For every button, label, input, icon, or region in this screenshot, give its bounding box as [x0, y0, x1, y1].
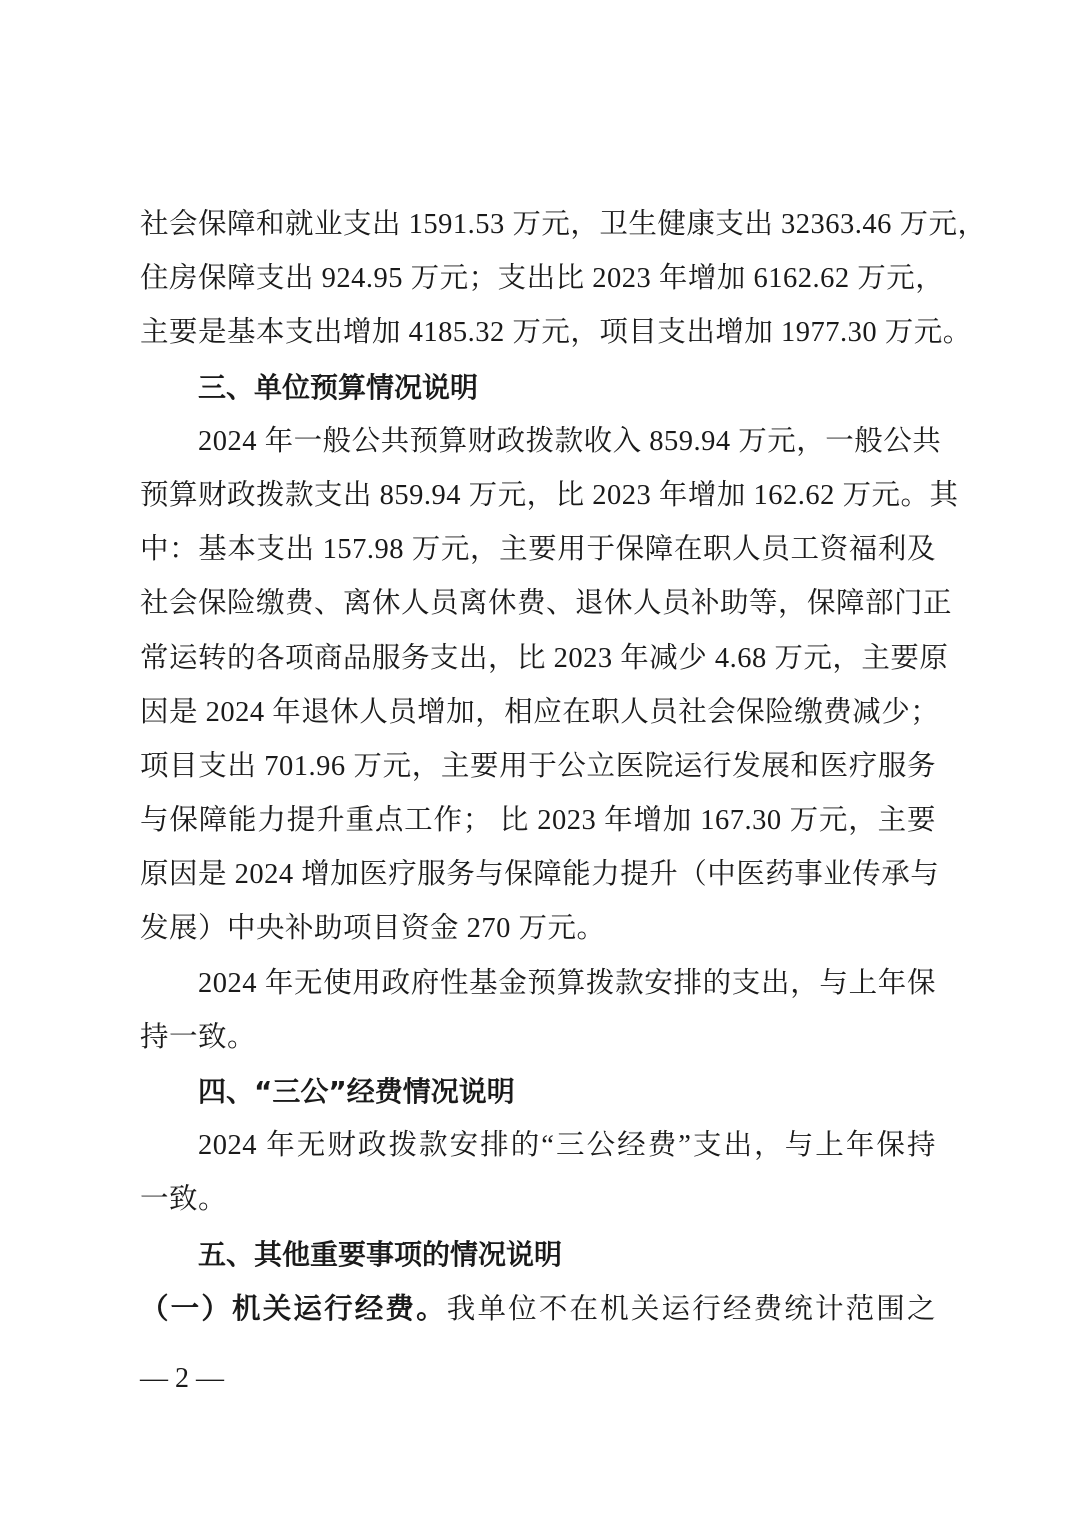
- body-line: 社会保险缴费、离休人员离休费、退休人员补助等，保障部门正: [140, 583, 936, 637]
- section-heading-three-public-expenses: 四、“三公”经费情况说明: [140, 1071, 936, 1125]
- section-heading-other-matters: 五、其他重要事项的情况说明: [140, 1234, 936, 1288]
- body-line: 持一致。: [140, 1017, 936, 1071]
- body-line: 2024 年无使用政府性基金预算拨款安排的支出，与上年保: [140, 963, 936, 1017]
- body-line: 常运转的各项商品服务支出，比 2023 年减少 4.68 万元，主要原: [140, 638, 936, 692]
- body-line: 原因是 2024 增加医疗服务与保障能力提升（中医药事业传承与: [140, 854, 936, 908]
- item1-text: 我单位不在机关运行经费统计范围之: [447, 1294, 936, 1325]
- page-number: — 2 —: [140, 1363, 224, 1395]
- body-line: 主要是基本支出增加 4185.32 万元，项目支出增加 1977.30 万元。: [140, 312, 936, 366]
- body-line: 发展）中央补助项目资金 270 万元。: [140, 908, 936, 962]
- body-line-item1: （一）机关运行经费。我单位不在机关运行经费统计范围之: [140, 1288, 936, 1342]
- document-page: 社会保障和就业支出 1591.53 万元，卫生健康支出 32363.46 万元，…: [140, 204, 936, 1342]
- body-line: 项目支出 701.96 万元，主要用于公立医院运行发展和医疗服务: [140, 746, 936, 800]
- body-line: 中：基本支出 157.98 万元，主要用于保障在职人员工资福利及: [140, 529, 936, 583]
- body-line: 与保障能力提升重点工作； 比 2023 年增加 167.30 万元，主要: [140, 800, 936, 854]
- body-line: 社会保障和就业支出 1591.53 万元，卫生健康支出 32363.46 万元，: [140, 204, 936, 258]
- body-line: 预算财政拨款支出 859.94 万元，比 2023 年增加 162.62 万元。…: [140, 475, 936, 529]
- body-line: 2024 年无财政拨款安排的“三公经费”支出，与上年保持: [140, 1125, 936, 1179]
- body-line: 住房保障支出 924.95 万元；支出比 2023 年增加 6162.62 万元…: [140, 258, 936, 312]
- section-heading-unit-budget: 三、单位预算情况说明: [140, 367, 936, 421]
- body-line: 一致。: [140, 1179, 936, 1233]
- body-line: 因是 2024 年退休人员增加，相应在职人员社会保险缴费减少；: [140, 692, 936, 746]
- item1-label: （一）机关运行经费。: [140, 1292, 447, 1325]
- body-line: 2024 年一般公共预算财政拨款收入 859.94 万元，一般公共: [140, 421, 936, 475]
